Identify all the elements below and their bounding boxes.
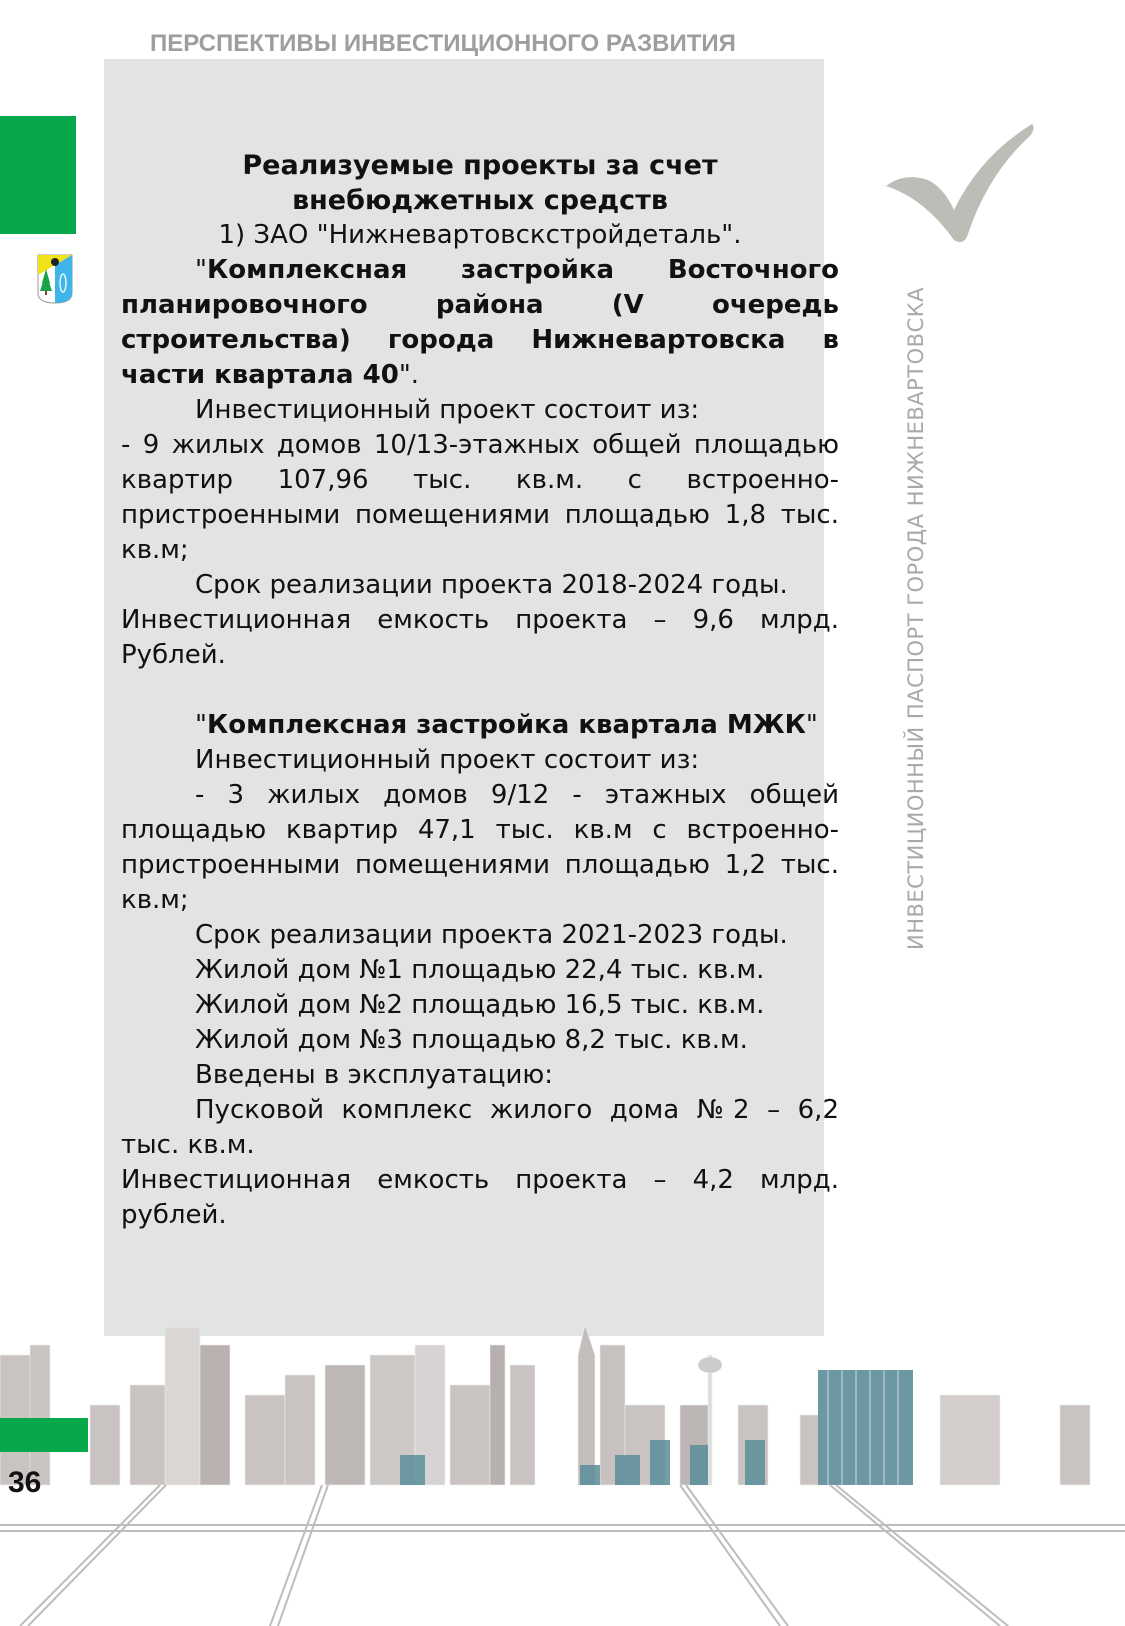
spacer xyxy=(121,673,839,708)
project2-title: "Комплексная застройка квартала МЖК" xyxy=(121,708,839,743)
project1-title: "Комплексная застройка Восточного планир… xyxy=(121,253,839,393)
project1-composition-label: Инвестиционный проект состоит из: xyxy=(121,393,839,428)
company-name: 1) ЗАО "Нижневартовскстройдеталь". xyxy=(121,218,839,253)
section-title: ПЕРСПЕКТИВЫ ИНВЕСТИЦИОННОГО РАЗВИТИЯ xyxy=(150,30,790,58)
project2-term: Срок реализации проекта 2021-2023 годы. xyxy=(121,918,839,953)
project1-capacity: Инвестиционная емкость проекта – 9,6 млр… xyxy=(121,603,839,673)
house-item: Жилой дом №2 площадью 16,5 тыс. кв.м. xyxy=(121,988,839,1023)
house-item: Жилой дом №1 площадью 22,4 тыс. кв.м. xyxy=(121,953,839,988)
heading-line-2: внебюджетных средств xyxy=(292,185,668,216)
project2-composition-label: Инвестиционный проект состоит из: xyxy=(121,743,839,778)
project2-capacity: Инвестиционная емкость проекта – 4,2 млр… xyxy=(121,1163,839,1233)
project2-composition-item: - 3 жилых домов 9/12 - этажных общей пло… xyxy=(121,778,839,918)
page-number: 36 xyxy=(8,1466,41,1500)
green-accent-tab-bottom xyxy=(0,1418,88,1452)
quote: ". xyxy=(399,360,419,390)
project1-term: Срок реализации проекта 2018-2024 годы. xyxy=(121,568,839,603)
heading-line-1: Реализуемые проекты за счет xyxy=(242,150,717,181)
commissioned-item: Пусковой комплекс жилого дома №2 – 6,2 т… xyxy=(121,1093,839,1163)
document-body: Реализуемые проекты за счет внебюджетных… xyxy=(121,148,839,1233)
city-coat-of-arms-icon xyxy=(36,253,74,305)
house-item: Жилой дом №3 площадью 8,2 тыс. кв.м. xyxy=(121,1023,839,1058)
heading: Реализуемые проекты за счет внебюджетных… xyxy=(121,148,839,218)
quote: " xyxy=(806,710,818,740)
quote: " xyxy=(195,255,207,285)
project1-composition-item: - 9 жилых домов 10/13-этажных общей площ… xyxy=(121,428,839,568)
checkmark-icon xyxy=(884,118,1034,248)
green-accent-tab-top xyxy=(0,116,76,234)
city-skyline-illustration xyxy=(0,1325,1125,1626)
commissioned-label: Введены в эксплуатацию: xyxy=(121,1058,839,1093)
quote: " xyxy=(195,710,207,740)
project2-title-text: Комплексная застройка квартала МЖК xyxy=(207,710,806,740)
vertical-caption: ИНВЕСТИЦИОННЫЙ ПАСПОРТ ГОРОДА НИЖНЕВАРТО… xyxy=(904,287,928,950)
project1-title-text: Комплексная застройка Восточного планиро… xyxy=(121,255,839,390)
